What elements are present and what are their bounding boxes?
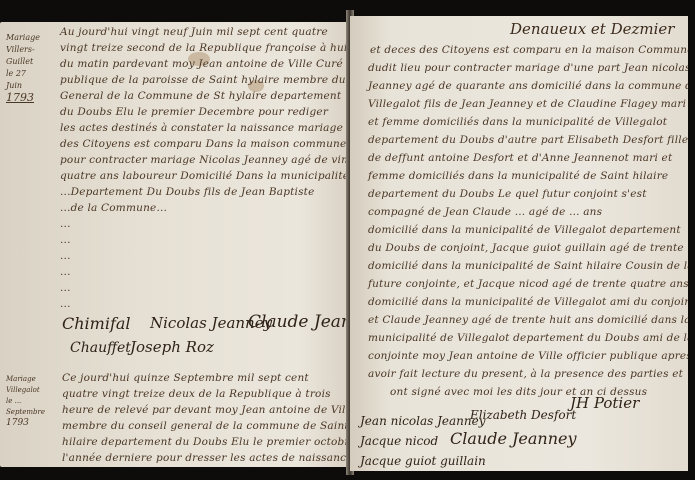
text-line: l'année derniere pour dresser les actes …	[62, 452, 352, 464]
text-line: compagné de Jean Claude ... agé de ... a…	[368, 206, 602, 218]
text-line: et Claude Jeanney agé de trente huit ans…	[368, 314, 688, 326]
text-line: ...Departement Du Doubs fils de Jean Bap…	[60, 186, 315, 198]
text-line: quatre vingt treize deux de la Republiqu…	[62, 388, 331, 400]
margin-note-line: Villegalot	[6, 385, 52, 396]
text-line: domicilié dans la municipalité de Villeg…	[368, 296, 688, 308]
text-line: pour contracter mariage Nicolas Jeanney …	[60, 154, 352, 166]
margin-note-marriage-2: Mariage Villegalot le ... Septembre 1793	[6, 374, 52, 429]
margin-note-line: Mariage	[6, 32, 50, 44]
text-line: du Doubs Elu le premier Decembre pour re…	[60, 106, 328, 118]
margin-note-line: le 27	[6, 68, 50, 80]
text-line: membre du conseil general de la commune …	[62, 420, 349, 432]
signature: JH Potier	[570, 394, 639, 412]
text-line: les actes destinés à constater la naissa…	[60, 122, 352, 134]
text-line: vingt treize second de la Republique fra…	[60, 42, 352, 54]
text-line: ...	[60, 266, 71, 278]
text-line: General de la Commune de St hylaire depa…	[60, 90, 341, 102]
signature: Jean nicolas Jeanney	[360, 414, 486, 428]
text-line: ...	[60, 282, 71, 294]
margin-note-marriage-1: Mariage Villers- Guillet le 27 Juin 1793	[6, 32, 50, 104]
text-line: publique de la paroisse de Saint hylaire…	[60, 74, 352, 86]
signature: Claude Jeanney	[450, 429, 577, 448]
margin-note-line: Villers-	[6, 44, 50, 56]
text-line: avoir fait lecture du present, à la pres…	[368, 368, 683, 380]
right-page: Denaueux et Dezmier et deces des Citoyen…	[350, 16, 688, 471]
text-line: et deces des Citoyens est comparu en la …	[370, 44, 688, 56]
text-line: et femme domiciliés dans la municipalité…	[368, 116, 667, 128]
signature: Joseph Roz	[130, 338, 214, 356]
text-line: ...	[60, 250, 71, 262]
signature: Chauffet	[70, 340, 131, 356]
text-line: ...	[60, 218, 71, 230]
text-line: departement du Doubs Le quel futur conjo…	[368, 188, 647, 200]
text-line: du Doubs de conjoint, Jacque guiot guill…	[368, 242, 688, 254]
signature: Chimifal	[62, 314, 131, 333]
margin-note-line: le ... Septembre	[6, 396, 52, 418]
text-line: municipalité de Villegalot departement d…	[368, 332, 688, 344]
text-line: heure de relevé par devant moy Jean anto…	[62, 404, 352, 416]
signature: Elizabeth Desfort	[470, 408, 576, 422]
text-line: conjointe moy Jean antoine de Ville offi…	[368, 350, 688, 362]
text-line: ...	[60, 234, 71, 246]
signature: Jacque guiot guillain	[360, 454, 486, 468]
text-line: domicilié dans la municipalité de Saint …	[368, 260, 688, 272]
text-line: du matin pardevant moy Jean antoine de V…	[60, 58, 352, 70]
text-line: ...de la Commune...	[60, 202, 167, 214]
text-line: ...	[60, 298, 71, 310]
header-signature: Denaueux et Dezmier	[510, 20, 674, 38]
text-line: Jeanney agé de quarante ans domicilié da…	[368, 80, 688, 92]
text-line: femme domiciliés dans la municipalité de…	[368, 170, 668, 182]
text-line: des Citoyens est comparu Dans la maison …	[60, 138, 346, 150]
margin-note-year: 1793	[6, 418, 52, 429]
text-line: Au jourd'hui vingt neuf Juin mil sept ce…	[60, 26, 328, 38]
text-line: quatre ans laboureur Domicilié Dans la m…	[60, 170, 352, 182]
text-line: domicilié dans la municipalité de Villeg…	[368, 224, 681, 236]
text-line: dudit lieu pour contracter mariage d'une…	[368, 62, 688, 74]
signature: Claude Jeanney	[248, 312, 352, 332]
text-line: future conjointe, et Jacque nicod agé de…	[368, 278, 688, 290]
margin-note-line: Guillet	[6, 56, 50, 68]
text-line: de deffunt antoine Desfort et d'Anne Jea…	[368, 152, 672, 164]
left-page: Mariage Villers- Guillet le 27 Juin 1793…	[0, 22, 352, 467]
text-line: Villegalot fils de Jean Jeanney et de Cl…	[368, 98, 686, 110]
text-line: hilaire departement du Doubs Elu le prem…	[62, 436, 352, 448]
text-line: departement du Doubs d'autre part Elisab…	[368, 134, 688, 146]
text-line: Ce jourd'hui quinze Septembre mil sept c…	[62, 372, 309, 384]
margin-note-year: 1793	[6, 92, 50, 104]
signature: Jacque nicod	[360, 434, 438, 448]
margin-note-line: Mariage	[6, 374, 52, 385]
